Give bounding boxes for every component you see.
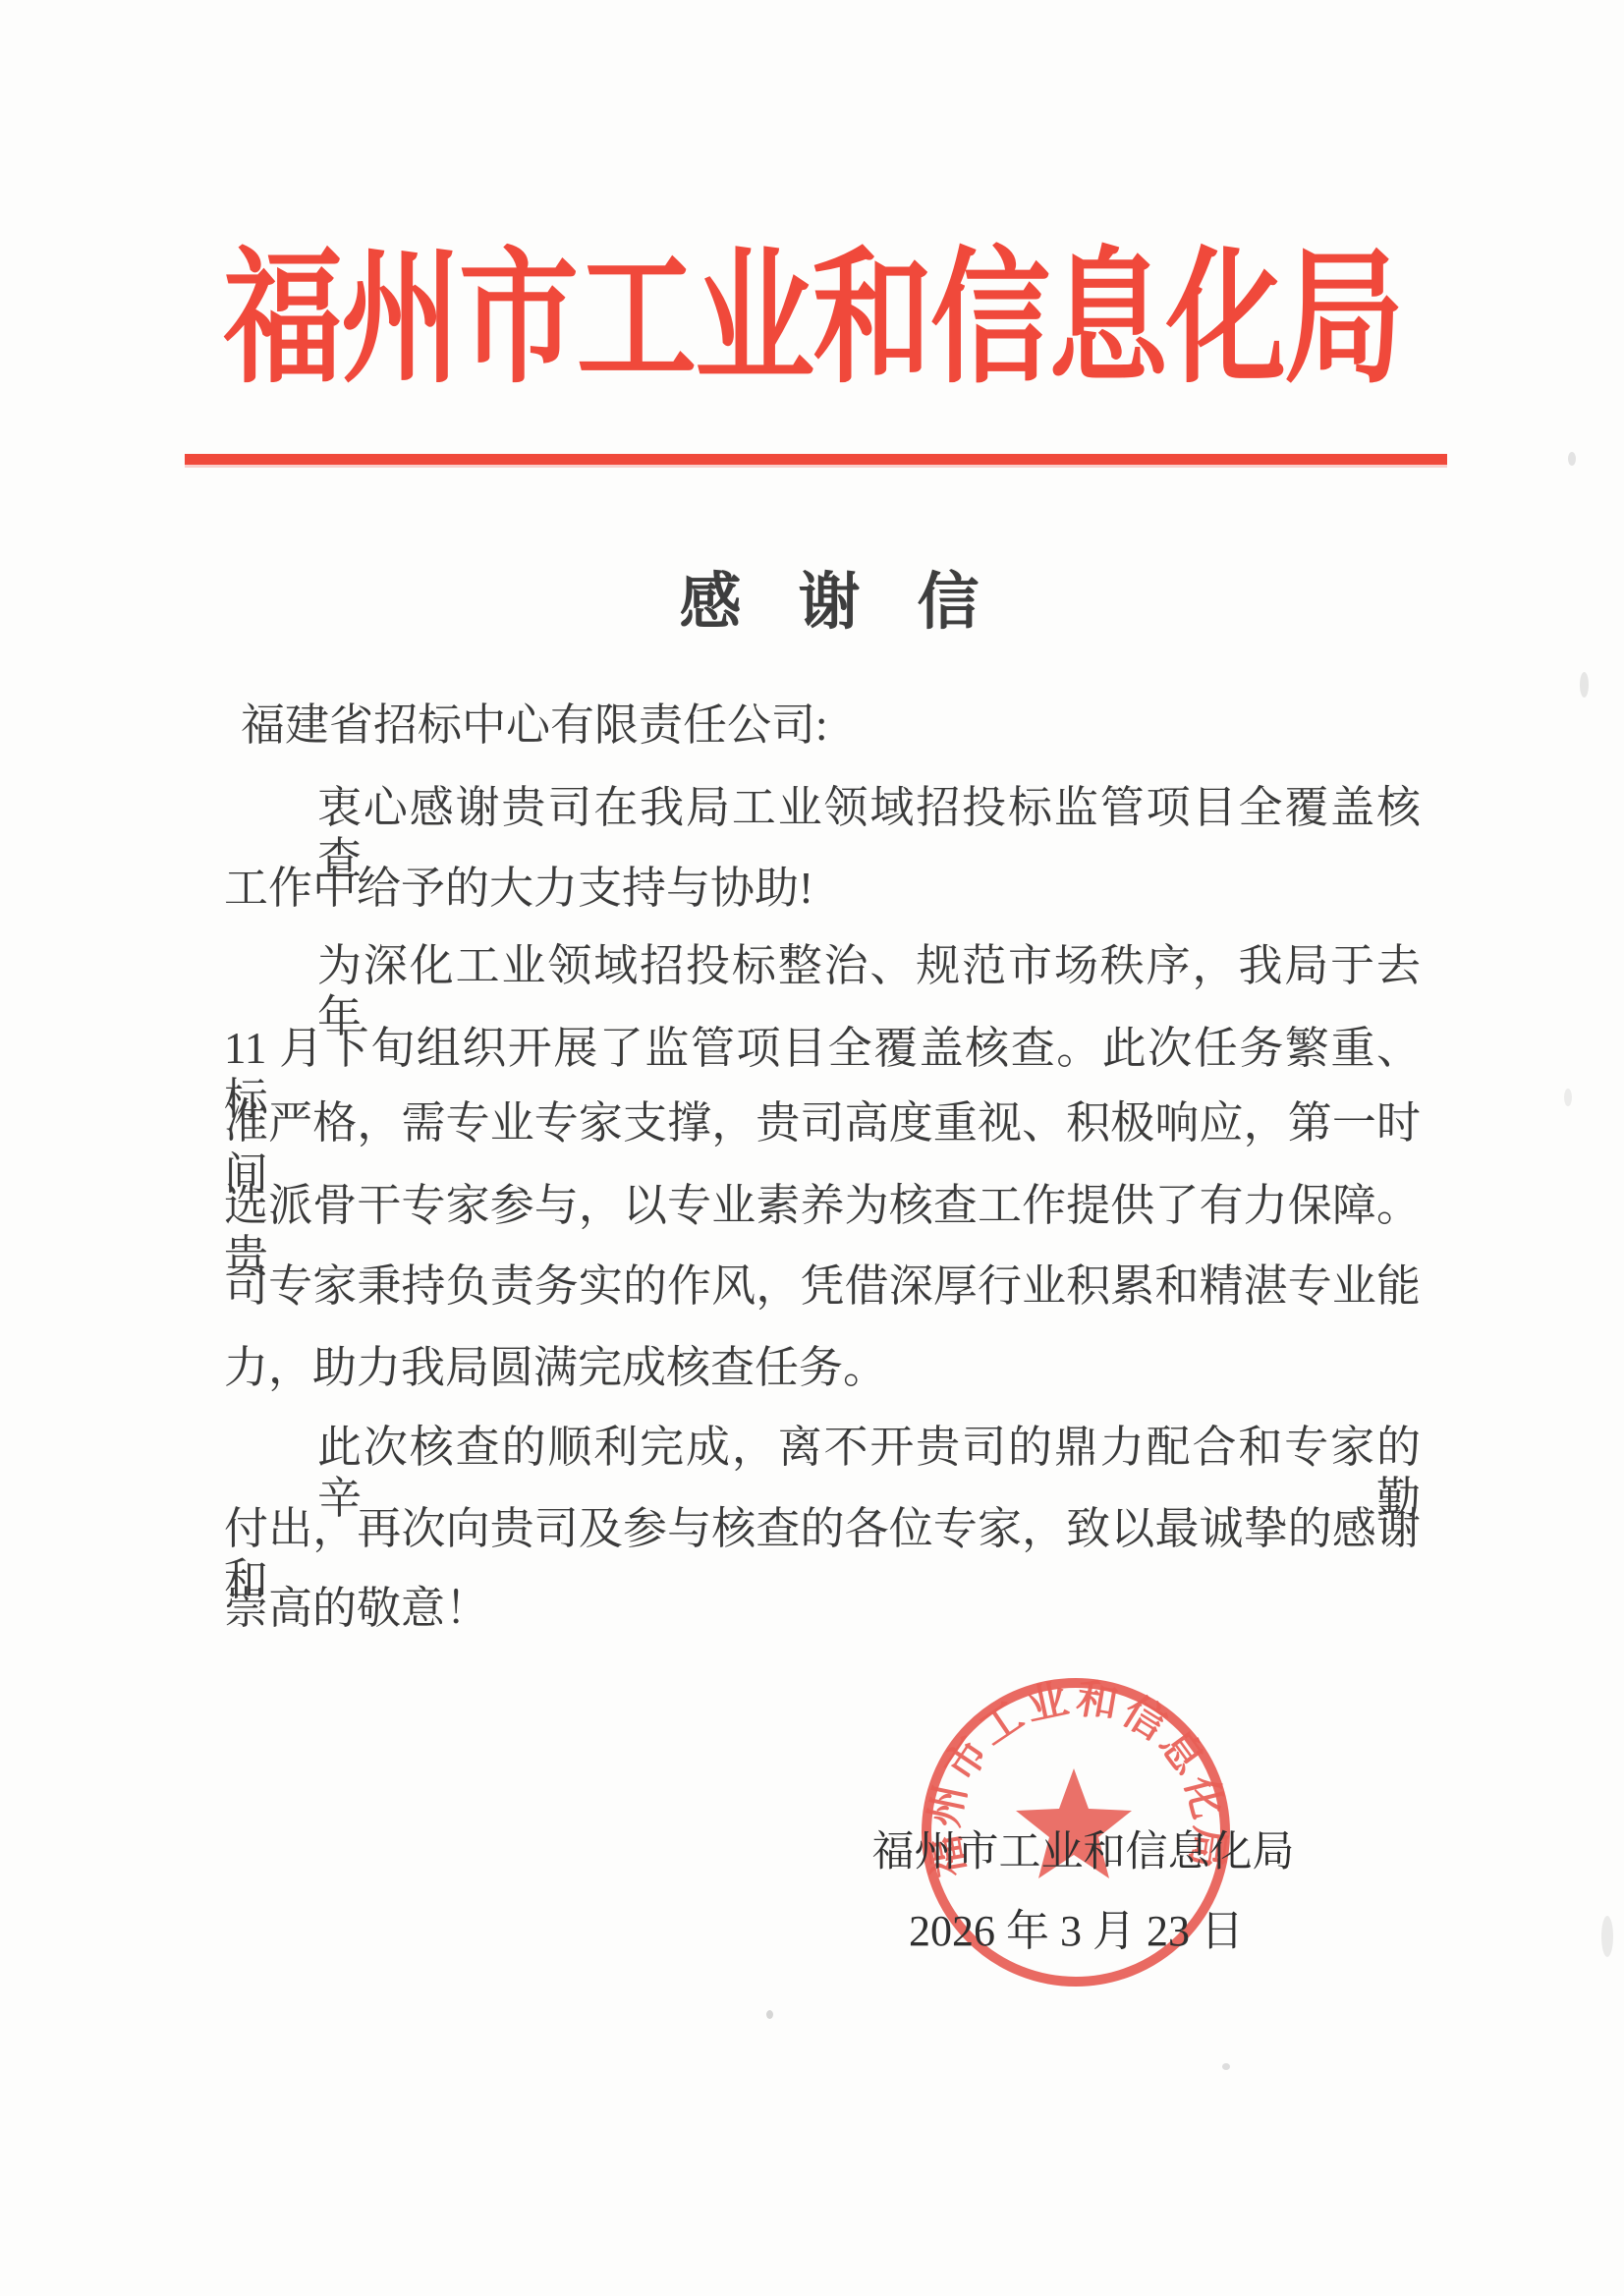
body-line: 力，助力我局圆满完成核查任务。: [224, 1343, 1421, 1394]
scan-artifact: [1564, 1089, 1572, 1106]
letter-title: 感谢信: [0, 572, 1624, 634]
scan-artifact: [766, 2010, 773, 2019]
signature-date: 2026 年 3 月 23 日: [858, 1908, 1295, 1955]
body-line: 崇高的敬意！: [224, 1584, 1421, 1635]
scan-artifact: [1222, 2063, 1230, 2070]
letterhead-title: 福州市工业和信息化局: [220, 248, 1405, 394]
salutation: 福建省招标中心有限责任公司:: [241, 701, 1439, 751]
body-line: 司专家秉持负责务实的作风，凭借深厚行业积累和精湛专业能: [224, 1261, 1421, 1313]
scan-artifact: [1580, 672, 1589, 698]
scan-artifact: [1568, 452, 1576, 466]
body-line: 工作中给予的大力支持与协助!: [224, 864, 1421, 915]
signature-org-name: 福州市工业和信息化局: [865, 1829, 1302, 1876]
scan-artifact: [1601, 1916, 1613, 1957]
letterhead-rule: [185, 454, 1447, 465]
document-page: 福州市工业和信息化局 感谢信 福建省招标中心有限责任公司: 衷心感谢贵司在我局工…: [0, 0, 1624, 2296]
